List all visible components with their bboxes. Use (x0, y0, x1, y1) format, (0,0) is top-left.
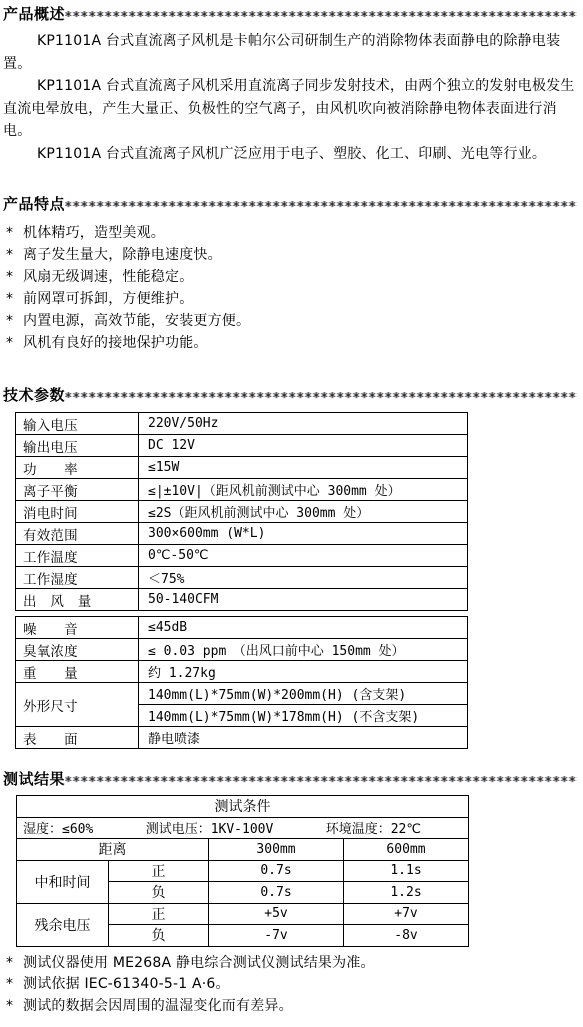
asterisk-bullet: * (3, 244, 23, 266)
result-value: 0.7s (209, 882, 344, 904)
spec-row: 表 面静电喷漆 (16, 727, 468, 749)
product-spec-document: 产品概述************************************… (0, 0, 583, 1027)
feature-text: 机体精巧，造型美观。 (23, 225, 165, 241)
spec-value: 约 1.27kg (139, 661, 468, 683)
result-row: 中和时间 正 0.7s 1.1s (17, 860, 469, 882)
test-result-table: 测试条件 湿度：≤60% 测试电压：1KV-100V 环境温度：22℃ 距离 3… (16, 795, 469, 947)
spec-row-dimensions: 外形尺寸140mm(L)*75mm(W)*200mm(H) (含支架) (16, 683, 468, 705)
spec-label: 外形尺寸 (16, 683, 139, 727)
spec-value: 50-140CFM (139, 589, 468, 611)
star-divider: ****************************************… (65, 9, 577, 26)
section-title-specs: 技术参数 (3, 387, 65, 404)
asterisk-bullet: * (3, 332, 23, 354)
polarity-label: 负 (109, 882, 209, 904)
section-header-features: 产品特点************************************… (3, 196, 577, 213)
feature-item: *前网罩可拆卸，方便维护。 (3, 288, 577, 310)
result-value: -8v (344, 925, 469, 947)
condition-humidity: 湿度：≤60% (23, 818, 93, 837)
overview-paragraphs: KP1101A 台式直流离子风机是卡帕尔公司研制生产的消除物体表面静电的除静电装… (3, 30, 577, 165)
spec-label: 消电时间 (16, 501, 139, 523)
spec-value: ≤ 0.03 ppm （出风口前中心 150mm 处） (139, 639, 468, 661)
spec-label: 出 风 量 (16, 589, 139, 611)
spec-row: 臭氧浓度≤ 0.03 ppm （出风口前中心 150mm 处） (16, 639, 468, 661)
distance-header-row: 距离 300mm 600mm (17, 839, 469, 861)
feature-text: 前网罩可拆卸，方便维护。 (23, 291, 193, 307)
spec-row: 工作湿度＜75% (16, 567, 468, 589)
overview-paragraph: KP1101A 台式直流离子风机是卡帕尔公司研制生产的消除物体表面静电的除静电装… (3, 30, 577, 75)
result-value: 0.7s (209, 860, 344, 882)
spec-label: 功 率 (16, 457, 139, 479)
feature-item: *离子发生量大，除静电速度快。 (3, 244, 577, 266)
test-conditions-cell: 湿度：≤60% 测试电压：1KV-100V 环境温度：22℃ (17, 817, 469, 839)
result-value: 1.2s (344, 882, 469, 904)
spec-label: 臭氧浓度 (16, 639, 139, 661)
star-divider: ****************************************… (65, 390, 577, 407)
spec-value-dimension-without-stand: 140mm(L)*75mm(W)*178mm(H) (不含支架) (139, 705, 468, 727)
spec-row: 重 量约 1.27kg (16, 661, 468, 683)
asterisk-bullet: * (3, 996, 23, 1018)
spec-row: 出 风 量50-140CFM (16, 589, 468, 611)
spec-value: DC 12V (139, 435, 468, 457)
spec-value: 220V/50Hz (139, 413, 468, 435)
overview-paragraph: KP1101A 台式直流离子风机采用直流离子同步发射技术，由两个独立的发射电极发… (3, 75, 577, 143)
section-header-overview: 产品概述************************************… (3, 6, 577, 23)
spec-value: ≤|±10V|（距风机前测试中心 300mm 处） (139, 479, 468, 501)
polarity-label: 负 (109, 925, 209, 947)
asterisk-bullet: * (3, 974, 23, 996)
spec-value: 静电喷漆 (139, 727, 468, 749)
feature-text: 风扇无级调速，性能稳定。 (23, 269, 193, 285)
polarity-label: 正 (109, 860, 209, 882)
note-item: *测试的数据会因周围的温湿变化而有差异。 (3, 996, 577, 1018)
asterisk-bullet: * (3, 266, 23, 288)
spec-label: 重 量 (16, 661, 139, 683)
feature-item: *风扇无级调速，性能稳定。 (3, 266, 577, 288)
condition-test-voltage: 测试电压：1KV-100V (146, 818, 274, 837)
spec-label: 输出电压 (16, 435, 139, 457)
spec-table-2: 噪 音≤45dB 臭氧浓度≤ 0.03 ppm （出风口前中心 150mm 处）… (15, 616, 468, 749)
section-header-specs: 技术参数************************************… (3, 387, 577, 404)
section-title-features: 产品特点 (3, 196, 65, 213)
spec-row: 噪 音≤45dB (16, 617, 468, 639)
asterisk-bullet: * (3, 222, 23, 244)
spec-value: 0℃-50℃ (139, 545, 468, 567)
spec-row: 离子平衡≤|±10V|（距风机前测试中心 300mm 处） (16, 479, 468, 501)
spec-row: 消电时间≤2S（距风机前测试中心 300mm 处） (16, 501, 468, 523)
asterisk-bullet: * (3, 288, 23, 310)
note-text: 测试的数据会因周围的温湿变化而有差异。 (23, 998, 293, 1014)
feature-item: *机体精巧，造型美观。 (3, 222, 577, 244)
feature-text: 内置电源，高效节能，安装更方便。 (23, 313, 250, 329)
feature-item: *内置电源，高效节能，安装更方便。 (3, 310, 577, 332)
distance-300mm-header: 300mm (209, 839, 344, 861)
spec-label: 输入电压 (16, 413, 139, 435)
note-text: 测试仪器使用 ME268A 静电综合测试仪测试结果为准。 (23, 955, 375, 971)
spec-label: 离子平衡 (16, 479, 139, 501)
result-value: +5v (209, 903, 344, 925)
test-notes: *测试仪器使用 ME268A 静电综合测试仪测试结果为准。 *测试依据 IEC-… (3, 953, 577, 1018)
group-label-neutralization-time: 中和时间 (17, 860, 109, 903)
spec-label: 工作温度 (16, 545, 139, 567)
star-divider: ****************************************… (65, 199, 577, 216)
spec-value: ≤45dB (139, 617, 468, 639)
asterisk-bullet: * (3, 310, 23, 332)
spec-value: ≤2S（距风机前测试中心 300mm 处） (139, 501, 468, 523)
star-divider: ****************************************… (65, 774, 577, 791)
spec-value: 300×600mm (W*L) (139, 523, 468, 545)
spec-label: 噪 音 (16, 617, 139, 639)
section-header-results: 测试结果************************************… (3, 771, 577, 788)
test-conditions-title: 测试条件 (17, 796, 469, 818)
test-conditions-row: 湿度：≤60% 测试电压：1KV-100V 环境温度：22℃ (17, 817, 469, 839)
asterisk-bullet: * (3, 953, 23, 975)
spec-value-dimension-with-stand: 140mm(L)*75mm(W)*200mm(H) (含支架) (139, 683, 468, 705)
overview-paragraph: KP1101A 台式直流离子风机广泛应用于电子、塑胶、化工、印刷、光电等行业。 (3, 143, 577, 166)
section-title-results: 测试结果 (3, 771, 65, 788)
note-item: *测试依据 IEC-61340-5-1 A·6。 (3, 974, 577, 996)
feature-text: 离子发生量大，除静电速度快。 (23, 247, 222, 263)
test-conditions-title-row: 测试条件 (17, 796, 469, 818)
group-label-residual-voltage: 残余电压 (17, 903, 109, 946)
result-value: +7v (344, 903, 469, 925)
spec-label: 表 面 (16, 727, 139, 749)
feature-text: 风机有良好的接地保护功能。 (23, 335, 208, 351)
spec-value: ≤15W (139, 457, 468, 479)
spec-row: 输入电压220V/50Hz (16, 413, 468, 435)
polarity-label: 正 (109, 903, 209, 925)
spec-row: 输出电压DC 12V (16, 435, 468, 457)
condition-ambient-temperature: 环境温度：22℃ (326, 818, 421, 837)
spec-row: 工作温度0℃-50℃ (16, 545, 468, 567)
spec-row: 有效范围300×600mm (W*L) (16, 523, 468, 545)
feature-list: *机体精巧，造型美观。 *离子发生量大，除静电速度快。 *风扇无级调速，性能稳定… (3, 222, 577, 354)
result-value: -7v (209, 925, 344, 947)
spec-value: ＜75% (139, 567, 468, 589)
spec-row: 功 率≤15W (16, 457, 468, 479)
result-row: 残余电压 正 +5v +7v (17, 903, 469, 925)
spec-label: 有效范围 (16, 523, 139, 545)
feature-item: *风机有良好的接地保护功能。 (3, 332, 577, 354)
section-title-overview: 产品概述 (3, 6, 65, 23)
distance-label: 距离 (17, 839, 209, 861)
note-item: *测试仪器使用 ME268A 静电综合测试仪测试结果为准。 (3, 953, 577, 975)
spec-table-1: 输入电压220V/50Hz 输出电压DC 12V 功 率≤15W 离子平衡≤|±… (15, 412, 468, 611)
spec-label: 工作湿度 (16, 567, 139, 589)
distance-600mm-header: 600mm (344, 839, 469, 861)
note-text: 测试依据 IEC-61340-5-1 A·6。 (23, 976, 230, 992)
result-value: 1.1s (344, 860, 469, 882)
